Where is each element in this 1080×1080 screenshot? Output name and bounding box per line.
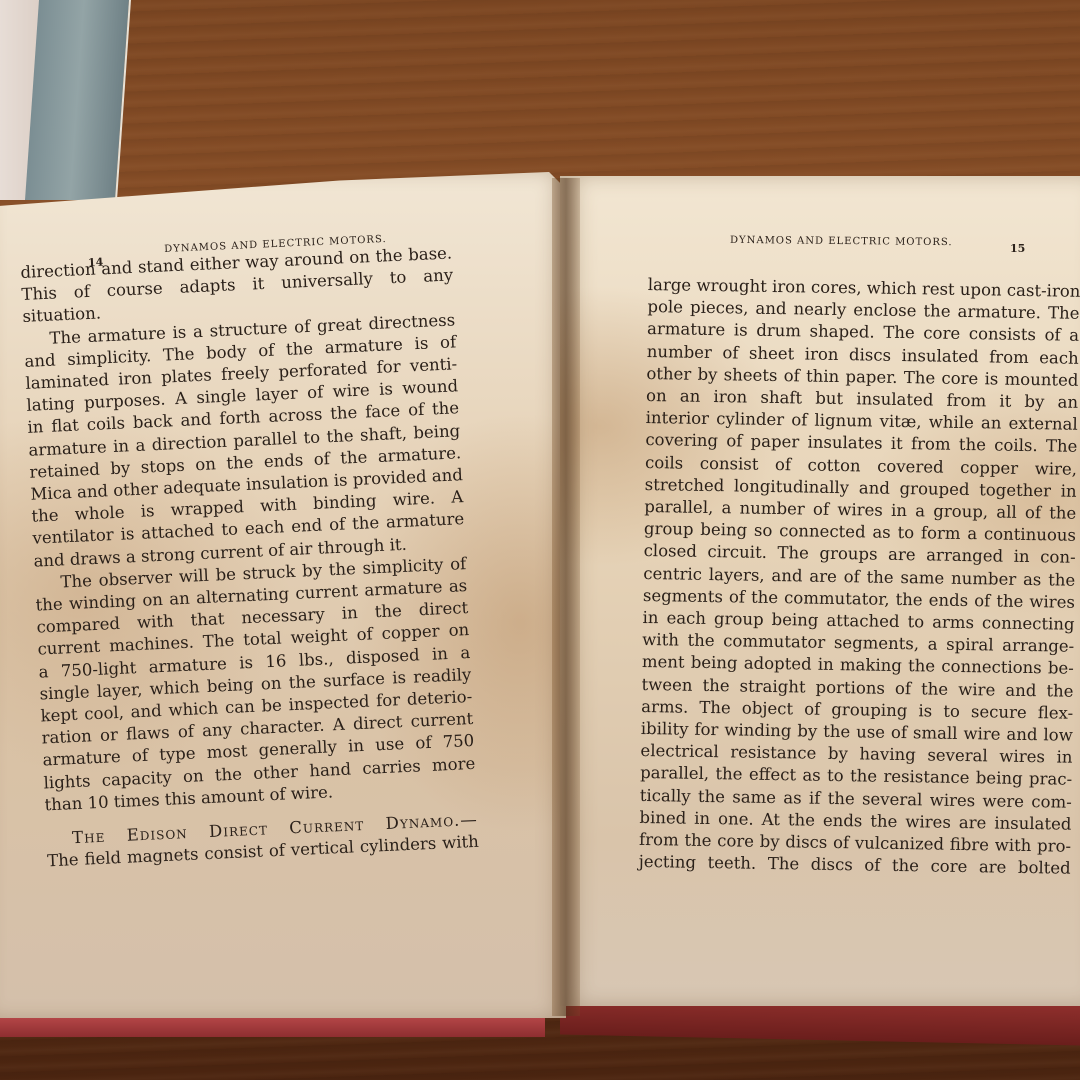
right-running-head: DYNAMOS AND ELECTRIC MOTORS. <box>730 235 953 248</box>
book-cover-edge-left <box>0 1015 545 1037</box>
book-back-cover <box>25 0 131 200</box>
right-page-number: 15 <box>1010 242 1025 255</box>
book-gutter <box>552 178 580 1016</box>
left-page-text: direction and stand either way around on… <box>20 242 479 872</box>
right-page-text: large wrought iron cores, which rest upo… <box>639 274 1080 880</box>
